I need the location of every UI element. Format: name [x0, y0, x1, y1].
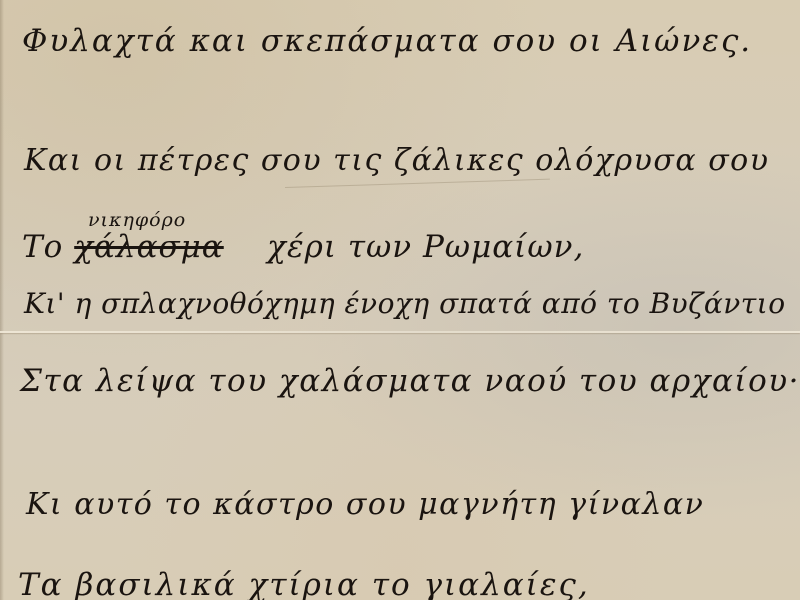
- manuscript-line-6: Κι αυτό το κάστρο σου μαγνήτη γίναλαν: [26, 490, 704, 520]
- manuscript-page: Φυλαχτά και σκεπάσματα σου οι Αιώνες. Κα…: [0, 0, 800, 600]
- manuscript-line-4: Κι' η σπλαχνοθόχημη ένοχη σπατά από το Β…: [24, 290, 786, 318]
- manuscript-insertion: νικηφόρο: [88, 209, 186, 231]
- manuscript-line-7: Τα βασιλικά χτίρια το γιαλαίες,: [18, 570, 590, 600]
- struck-word: χάλασμα: [74, 229, 224, 265]
- paper-edge-shadow: [0, 0, 4, 600]
- manuscript-line-1: Φυλαχτά και σκεπάσματα σου οι Αιώνες.: [22, 26, 752, 57]
- line-3-suffix: χέρι των Ρωμαίων,: [267, 229, 584, 265]
- manuscript-line-2: Και οι πέτρες σου τις ζάλικες ολόχρυσα σ…: [24, 146, 769, 176]
- manuscript-line-5: Στα λείψα του χαλάσματα ναού του αρχαίου…: [20, 366, 800, 397]
- faint-pencil-line: [285, 179, 550, 188]
- manuscript-line-3: Το χάλασμα χέρι των Ρωμαίων,: [22, 232, 584, 263]
- paper-fold-line: [0, 331, 800, 333]
- line-3-prefix: Το: [22, 229, 63, 265]
